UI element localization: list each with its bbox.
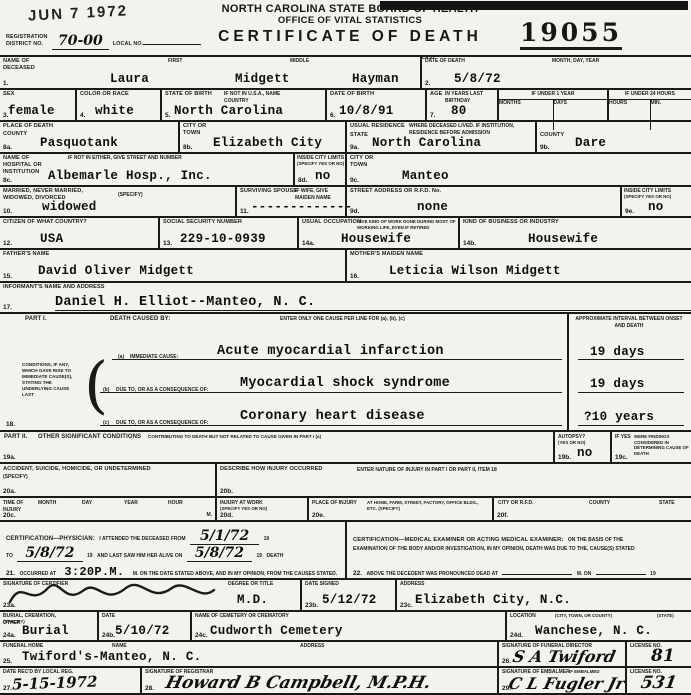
citizen-num: 12. xyxy=(3,240,12,247)
funeral-director-signature: S A Twiford xyxy=(511,647,617,666)
res-inside-city-num: 9e. xyxy=(625,208,634,215)
field-pod-inside-city: INSIDE CITY LIMITS (SPECIFY YES OR NO) 8… xyxy=(293,154,345,185)
pod-county-label: COUNTY xyxy=(3,131,27,138)
industry-num: 14b. xyxy=(463,240,476,247)
certifier-address-value: Elizabeth City, N.C. xyxy=(415,593,571,607)
field-mother: MOTHER'S MAIDEN NAME 16. Leticia Wilson … xyxy=(345,250,691,281)
line-a-interval: 19 days xyxy=(590,345,645,359)
date-received-value: 5-15-1972 xyxy=(12,673,98,694)
field-res-inside-city: INSIDE CITY LIMITS (SPECIFY YES OR NO) 9… xyxy=(620,187,691,216)
field-registrar-signature: SIGNATURE OF REGISTRAR 28. Howard B Camp… xyxy=(140,668,497,693)
location-num: 24d. xyxy=(510,632,523,639)
usual-residence-sub: WHERE DECEASED LIVED. IF INSTITUTION, RE… xyxy=(409,123,535,136)
date-of-birth-value: 10/8/91 xyxy=(339,104,394,118)
stamp-box-bar xyxy=(380,1,688,10)
state-of-birth-label: STATE OF BIRTH xyxy=(165,91,212,98)
res-city-num: 9c. xyxy=(350,177,359,184)
line-c-interval-rule: ?10 years xyxy=(578,407,684,426)
field-funeral-license: LICENSE NO. 81 xyxy=(625,642,691,666)
occupation-num: 14a. xyxy=(302,240,315,247)
industry-label: KIND OF BUSINESS OR INDUSTRY xyxy=(463,219,559,226)
funeral-home-value: Twiford's-Manteo, N. C. xyxy=(22,650,201,664)
part1-entry-note: ENTER ONLY ONE CAUSE PER LINE FOR (a), (… xyxy=(280,316,405,323)
me-line2: EXAMINATION OF THE BODY AND/OR INVESTIGA… xyxy=(353,546,683,553)
to-text: TO xyxy=(6,553,13,559)
cemetery-label: NAME OF CEMETERY OR CREMATORY xyxy=(195,613,289,620)
local-no-label: LOCAL NO. xyxy=(113,41,143,47)
ssn-value: 229-10-0939 xyxy=(180,232,266,246)
pod-inside-city-value: no xyxy=(315,169,331,183)
pod-city-value: Elizabeth City xyxy=(213,136,322,150)
occupation-sub: GIVE KIND OF WORK DONE DURING MOST OF WO… xyxy=(357,219,457,230)
row-disposition: BURIAL, CREMATION, OTHER (SPECIFY) 24a. … xyxy=(0,610,691,640)
attended-text: I ATTENDED THE DECEASED FROM xyxy=(99,536,185,542)
location-value: Wanchese, N. C. xyxy=(535,624,652,638)
field-spouse: SURVIVING SPOUSE IF WIFE, GIVE MAIDEN NA… xyxy=(235,187,345,216)
part1-label: PART I. xyxy=(25,316,47,324)
last-alive-date: 5/8/72 xyxy=(187,545,252,562)
me-m: M. ON xyxy=(577,571,591,577)
year-label: YEAR xyxy=(124,500,138,507)
res-county-label: COUNTY xyxy=(540,132,564,139)
res-state-num: 9a. xyxy=(350,144,359,151)
part2-num: 19a. xyxy=(3,454,16,461)
time-of-injury-num: 20c. xyxy=(3,512,16,519)
field-date-signed: DATE SIGNED 23b. 5/12/72 xyxy=(300,580,395,610)
funeral-director-num: 26. xyxy=(502,658,511,665)
funeral-license-value: 81 xyxy=(651,646,675,666)
pod-city-num: 8b. xyxy=(183,144,192,151)
pod-inside-city-sub: (SPECIFY YES OR NO) xyxy=(297,161,344,167)
line-b-value: Myocardial shock syndrome xyxy=(240,376,450,391)
office-title: OFFICE OF VITAL STATISTICS xyxy=(170,15,530,26)
part2-note: CONTRIBUTING TO DEATH BUT NOT RELATED TO… xyxy=(148,434,321,440)
me-label: CERTIFICATION—MEDICAL EXAMINER OR ACTING… xyxy=(353,537,563,543)
name-middle-value: Midgett xyxy=(235,72,290,86)
sex-value: female xyxy=(8,104,55,118)
field-race: COLOR OR RACE 4. white xyxy=(75,90,160,120)
death-text: DEATH xyxy=(266,553,283,559)
part1-num: 18. xyxy=(6,421,15,428)
field-res-street: STREET ADDRESS OR R.F.D. No. 9d. none xyxy=(345,187,620,216)
age-value: 80 xyxy=(451,104,467,118)
place-of-death-label: PLACE OF DEATH xyxy=(3,123,53,130)
field-hospital: NAME OF HOSPITAL OR INSTITUTION IF NOT I… xyxy=(0,154,293,185)
field-injury-location: CITY OR R.F.D. COUNTY STATE 20f. xyxy=(492,498,691,520)
date-signed-label: DATE SIGNED xyxy=(305,581,339,588)
line-b-rule: Myocardial shock syndrome xyxy=(100,374,562,393)
res-street-num: 9d. xyxy=(350,208,359,215)
father-label: FATHER'S NAME xyxy=(3,251,49,258)
hospital-sub: IF NOT IN EITHER, GIVE STREET AND NUMBER xyxy=(68,155,218,162)
line-c-interval: ?10 years xyxy=(584,410,654,424)
attended-from-date: 5/1/72 xyxy=(190,528,259,545)
field-occupation: USUAL OCCUPATION GIVE KIND OF WORK DONE … xyxy=(297,218,458,248)
attended-to-date: 5/8/72 xyxy=(17,545,82,562)
cemetery-value: Cudworth Cemetery xyxy=(210,624,343,638)
field-pod-county: PLACE OF DEATH COUNTY 8a. Pasquotank xyxy=(0,122,178,152)
field-place-of-injury: PLACE OF INJURY AT HOME, FARM, STREET, F… xyxy=(307,498,492,520)
field-part2: PART II. OTHER SIGNIFICANT CONDITIONS CO… xyxy=(0,432,553,462)
marital-num: 10. xyxy=(3,208,12,215)
describe-num: 20b. xyxy=(220,488,233,495)
accident-sub: (SPECIFY) xyxy=(3,474,28,481)
citizen-label: CITIZEN OF WHAT COUNTRY? xyxy=(3,219,87,226)
field-degree-title: DEGREE OR TITLE M.D. xyxy=(225,580,300,610)
row-injury-time: TIME OF INJURY MONTH DAY YEAR HOUR M. 20… xyxy=(0,496,691,520)
injury-at-work-sub: (SPECIFY YES OR NO) xyxy=(220,506,267,512)
field-if-under-24-hours: IF UNDER 24 HOURS HOURS MIN. xyxy=(607,90,691,120)
field-injury-at-work: INJURY AT WORK (SPECIFY YES OR NO) 20d. xyxy=(215,498,307,520)
injury-city-label: CITY OR R.F.D. xyxy=(498,500,533,507)
father-num: 15. xyxy=(3,273,12,280)
received-date-stamp: JUN 7 1972 xyxy=(28,2,129,24)
accident-num: 20a. xyxy=(3,488,16,495)
interval-label: APPROXIMATE INTERVAL BETWEEN ONSET AND D… xyxy=(575,316,683,329)
res-inside-city-value: no xyxy=(648,200,664,214)
physician-line2: TO 5/8/72 19 AND LAST SAW HIM HER ALIVE … xyxy=(6,544,342,562)
usual-residence-label: USUAL RESIDENCE xyxy=(350,123,405,130)
certifier-address-num: 23c. xyxy=(400,602,413,609)
location-sub: (CITY, TOWN, OR COUNTY) xyxy=(555,613,612,619)
name-last-value: Hayman xyxy=(352,72,399,86)
row-sex-race-birth: SEX 3. female COLOR OR RACE 4. white STA… xyxy=(0,88,691,120)
date-signed-num: 23b. xyxy=(305,602,318,609)
yr2: 19 xyxy=(87,553,93,559)
field-informant: INFORMANT'S NAME AND ADDRESS 17. Daniel … xyxy=(0,283,691,312)
degree-value: M.D. xyxy=(237,593,268,607)
res-state-label: STATE xyxy=(350,132,368,139)
part2-title: OTHER SIGNIFICANT CONDITIONS xyxy=(38,434,141,442)
field-disposition-location: LOCATION (CITY, TOWN, OR COUNTY) (STATE)… xyxy=(505,612,691,640)
field-res-county: COUNTY 9b. Dare xyxy=(535,122,691,152)
name-label: NAME OF DECEASED xyxy=(0,57,43,72)
res-inside-city-sub: (SPECIFY YES OR NO) xyxy=(624,194,671,200)
row-accident: ACCIDENT, SUICIDE, HOMICIDE, OR UNDETERM… xyxy=(0,462,691,496)
location-label: LOCATION xyxy=(510,613,536,620)
field-marital: MARRIED, NEVER MARRIED, WIDOWED, DIVORCE… xyxy=(0,187,235,216)
row-funeral-home: FUNERAL HOME NAME ADDRESS 25. Twiford's-… xyxy=(0,640,691,666)
hospital-num: 8c. xyxy=(3,177,12,184)
row-place-of-death: PLACE OF DEATH COUNTY 8a. Pasquotank CIT… xyxy=(0,120,691,152)
res-county-num: 9b. xyxy=(540,144,549,151)
row-marital: MARRIED, NEVER MARRIED, WIDOWED, DIVORCE… xyxy=(0,185,691,216)
injury-at-work-num: 20d. xyxy=(220,512,233,519)
row-informant: INFORMANT'S NAME AND ADDRESS 17. Daniel … xyxy=(0,281,691,312)
part2-label: PART II. xyxy=(4,434,27,442)
age-num: 7. xyxy=(430,112,435,119)
field-res-state: USUAL RESIDENCE WHERE DECEASED LIVED. IF… xyxy=(345,122,535,152)
date-of-death-num: 2. xyxy=(425,80,430,87)
death-certificate-scan: JUN 7 1972 REGISTRATION DISTRICT NO.70-0… xyxy=(0,0,691,695)
spouse-value: ------------- xyxy=(251,200,352,214)
part1-block: PART I. DEATH CAUSED BY: ENTER ONLY ONE … xyxy=(0,314,691,430)
field-cemetery: NAME OF CEMETERY OR CREMATORY 24c. Cudwo… xyxy=(190,612,505,640)
field-ssn: SOCIAL SECURITY NUMBER 13. 229-10-0939 xyxy=(158,218,297,248)
row-part2: PART II. OTHER SIGNIFICANT CONDITIONS CO… xyxy=(0,430,691,462)
field-disposition-date: DATE 24b. 5/10/72 xyxy=(97,612,190,640)
disposition-date-label: DATE xyxy=(102,613,115,620)
certificate-header: JUN 7 1972 REGISTRATION DISTRICT NO.70-0… xyxy=(0,0,691,55)
field-citizen: CITIZEN OF WHAT COUNTRY? 12. USA xyxy=(0,218,158,248)
mother-label: MOTHER'S MAIDEN NAME xyxy=(350,251,423,258)
hour-label: HOUR xyxy=(168,500,183,507)
funeral-home-label: FUNERAL HOME xyxy=(3,643,43,650)
father-value: David Oliver Midgett xyxy=(38,264,194,278)
embalmer-license-value: 531 xyxy=(639,673,678,693)
accident-label: ACCIDENT, SUICIDE, HOMICIDE, OR UNDETERM… xyxy=(3,466,203,473)
field-age: AGE IN YEARS LAST BIRTHDAY 7. 80 xyxy=(425,90,497,120)
field-certifier-signature: SIGNATURE OF CERTIFIER 23a. xyxy=(0,580,225,610)
me-blank1 xyxy=(502,567,572,575)
me-text3: ABOVE THE DECEDENT WAS PRONOUNCED DEAD A… xyxy=(367,571,498,577)
date-of-birth-num: 6. xyxy=(330,112,335,119)
citizen-value: USA xyxy=(40,232,63,246)
under-1-year-label: IF UNDER 1 YEAR xyxy=(499,90,607,100)
field-pod-city: CITY OR TOWN 8b. Elizabeth City xyxy=(178,122,345,152)
funeral-home-num: 25. xyxy=(3,658,12,665)
findings-label: IF YES xyxy=(615,434,631,441)
name-num: 1. xyxy=(3,80,8,87)
row-parents: FATHER'S NAME 15. David Oliver Midgett M… xyxy=(0,248,691,281)
state-of-birth-num: 5. xyxy=(165,112,170,119)
row-hospital: NAME OF HOSPITAL OR INSTITUTION IF NOT I… xyxy=(0,152,691,185)
date-of-birth-label: DATE OF BIRTH xyxy=(330,91,374,98)
yr1: 19 xyxy=(264,536,270,542)
day-label: DAY xyxy=(82,500,92,507)
row-certification: CERTIFICATION—PHYSICIAN: I ATTENDED THE … xyxy=(0,520,691,578)
autopsy-value: no xyxy=(577,446,593,460)
date-of-death-sub: MONTH, DAY, YEAR xyxy=(552,58,599,65)
marital-sub: (SPECIFY) xyxy=(118,192,143,199)
pod-county-num: 8a. xyxy=(3,144,12,151)
date-of-death-value: 5/8/72 xyxy=(454,72,501,86)
name-first-value: Laura xyxy=(110,72,149,86)
age-sub: IN YEARS LAST BIRTHDAY xyxy=(445,91,493,104)
yr3: 19 xyxy=(256,553,262,559)
part1-title: DEATH CAUSED BY: xyxy=(110,316,170,324)
informant-num: 17. xyxy=(3,304,12,311)
res-city-value: Manteo xyxy=(402,169,449,183)
row-name: NAME OF DECEASED FIRST MIDDLE 1. Laura M… xyxy=(0,55,691,88)
line-b-interval-rule: 19 days xyxy=(578,374,684,393)
state-of-birth-value: North Carolina xyxy=(174,104,283,118)
embalmer-signature: C L Fugler Jr xyxy=(507,674,627,693)
alive-text: AND LAST SAW HIM HER ALIVE ON xyxy=(97,553,182,559)
interval-divider xyxy=(567,314,569,430)
occupation-label: USUAL OCCUPATION xyxy=(302,219,361,226)
conditions-note: CONDITIONS, IF ANY, WHICH GAVE RISE TO I… xyxy=(22,362,80,398)
res-state-value: North Carolina xyxy=(372,136,481,150)
spouse-label: SURVIVING SPOUSE xyxy=(240,188,297,195)
field-sex: SEX 3. female xyxy=(0,90,75,120)
describe-label: DESCRIBE HOW INJURY OCCURRED xyxy=(220,466,323,473)
registration-district-value: 70-00 xyxy=(52,33,109,50)
certifier-signature xyxy=(4,574,219,610)
physician-line1: CERTIFICATION—PHYSICIAN: I ATTENDED THE … xyxy=(6,527,342,545)
findings-sub: WERE FINDINGS CONSIDERED IN DETERMINING … xyxy=(634,434,690,457)
registrar-signature-num: 28. xyxy=(145,685,154,692)
state-of-birth-sub: IF NOT IN U.S.A., NAME COUNTRY xyxy=(224,91,304,104)
me-yr: 19 xyxy=(650,571,656,577)
age-label: AGE xyxy=(430,91,442,98)
funeral-name-label: NAME xyxy=(112,643,127,650)
field-date-of-birth: DATE OF BIRTH 6. 10/8/91 xyxy=(325,90,425,120)
pod-inside-city-num: 8d. xyxy=(298,177,307,184)
marital-value: widowed xyxy=(42,200,97,214)
field-certification-medical-examiner: CERTIFICATION—MEDICAL EXAMINER OR ACTING… xyxy=(345,522,691,578)
under-24-hours-label: IF UNDER 24 HOURS xyxy=(609,90,691,100)
injury-m-label: M. xyxy=(206,512,212,519)
cemetery-num: 24c. xyxy=(195,632,208,639)
ssn-label: SOCIAL SECURITY NUMBER xyxy=(163,219,242,226)
field-autopsy: AUTOPSY? (YES OR NO) 19b. no xyxy=(553,432,610,462)
mother-value: Leticia Wilson Midgett xyxy=(389,264,561,278)
res-street-value: none xyxy=(417,200,448,214)
pod-county-value: Pasquotank xyxy=(40,136,118,150)
certifier-address-label: ADDRESS xyxy=(400,581,424,588)
field-if-under-1-year: IF UNDER 1 YEAR MONTHS DAYS xyxy=(497,90,607,120)
place-of-injury-num: 20e. xyxy=(312,512,325,519)
pod-city-label: CITY OR TOWN xyxy=(183,123,213,137)
disposition-type-num: 24a. xyxy=(3,632,16,639)
line-b-interval: 19 days xyxy=(590,377,645,391)
degree-label: DEGREE OR TITLE xyxy=(228,581,273,588)
location-state-label: (STATE) xyxy=(657,613,674,619)
res-county-value: Dare xyxy=(575,136,606,150)
hospital-label: NAME OF HOSPITAL OR INSTITUTION xyxy=(3,155,48,176)
date-received-num: 27. xyxy=(3,685,12,692)
informant-label: INFORMANT'S NAME AND ADDRESS xyxy=(3,284,105,291)
findings-num: 19c. xyxy=(615,454,628,461)
disposition-date-value: 5/10/72 xyxy=(115,624,170,638)
row-citizen-ssn: CITIZEN OF WHAT COUNTRY? 12. USA SOCIAL … xyxy=(0,216,691,248)
field-industry: KIND OF BUSINESS OR INDUSTRY 14b. Housew… xyxy=(458,218,691,248)
physician-label: CERTIFICATION—PHYSICIAN: xyxy=(6,536,95,542)
date-signed-value: 5/12/72 xyxy=(322,593,377,607)
place-of-injury-label: PLACE OF INJURY xyxy=(312,500,357,507)
field-date-of-death: DATE OF DEATH MONTH, DAY, YEAR LAST 2. 5… xyxy=(420,57,691,88)
field-accident: ACCIDENT, SUICIDE, HOMICIDE, OR UNDETERM… xyxy=(0,464,215,496)
field-embalmer-license: LICENSE NO. 531 xyxy=(625,668,691,693)
field-name-of-deceased: NAME OF DECEASED FIRST MIDDLE 1. Laura M… xyxy=(0,57,420,88)
field-certifier-address: ADDRESS 23c. Elizabeth City, N.C. xyxy=(395,580,691,610)
describe-sub: ENTER NATURE OF INJURY IN PART I OR PART… xyxy=(357,467,497,474)
autopsy-sub: (YES OR NO) xyxy=(558,440,585,446)
mother-num: 16. xyxy=(350,273,359,280)
race-label: COLOR OR RACE xyxy=(80,91,129,98)
race-value: white xyxy=(95,104,134,118)
certificate-title: CERTIFICATE OF DEATH xyxy=(170,28,530,46)
month-label: MONTH xyxy=(38,500,56,507)
res-city-label: CITY OR TOWN xyxy=(350,155,380,169)
field-funeral-director-signature: SIGNATURE OF FUNERAL DIRECTOR 26. S A Tw… xyxy=(497,642,625,666)
industry-value: Housewife xyxy=(528,232,598,246)
line-a-rule: Acute myocardial infarction xyxy=(112,342,562,360)
funeral-address-label: ADDRESS xyxy=(300,643,324,650)
line-a-value: Acute myocardial infarction xyxy=(217,344,444,359)
line-c-rule: Coronary heart disease xyxy=(100,407,562,426)
injury-county-label: COUNTY xyxy=(589,500,610,507)
race-num: 4. xyxy=(80,112,85,119)
disposition-date-num: 24b. xyxy=(102,632,115,639)
res-street-label: STREET ADDRESS OR R.F.D. No. xyxy=(350,188,441,195)
line-a-interval-rule: 19 days xyxy=(578,342,684,360)
field-father: FATHER'S NAME 15. David Oliver Midgett xyxy=(0,250,345,281)
field-funeral-home: FUNERAL HOME NAME ADDRESS 25. Twiford's-… xyxy=(0,642,497,666)
spouse-num: 11. xyxy=(240,208,249,215)
first-label: FIRST xyxy=(168,58,182,65)
ssn-num: 13. xyxy=(163,240,172,247)
injury-state-label: STATE xyxy=(659,500,675,507)
last-label: LAST xyxy=(422,55,435,62)
middle-label: MIDDLE xyxy=(290,58,309,65)
line-c-value: Coronary heart disease xyxy=(240,409,425,424)
me-num: 22. xyxy=(353,570,362,577)
occupation-value: Housewife xyxy=(341,232,411,246)
me-blank2 xyxy=(596,567,646,575)
field-state-of-birth: STATE OF BIRTH IF NOT IN U.S.A., NAME CO… xyxy=(160,90,325,120)
field-date-received: DATE REC'D BY LOCAL REG. 27. 5-15-1972 xyxy=(0,668,140,693)
field-disposition-type: BURIAL, CREMATION, OTHER (SPECIFY) 24a. … xyxy=(0,612,97,640)
me-line1: CERTIFICATION—MEDICAL EXAMINER OR ACTING… xyxy=(353,528,683,546)
informant-value: Daniel H. Elliot--Manteo, N. C. xyxy=(55,295,691,311)
field-time-of-injury: TIME OF INJURY MONTH DAY YEAR HOUR M. 20… xyxy=(0,498,215,520)
sex-label: SEX xyxy=(3,91,15,98)
certificate-number: 19055 xyxy=(520,18,622,50)
registration-district-label: REGISTRATION DISTRICT NO. xyxy=(6,34,52,48)
hospital-value: Albemarle Hosp., Inc. xyxy=(48,169,212,183)
field-embalmer-signature: SIGNATURE OF EMBALMER IF EMBALMED 29. C … xyxy=(497,668,625,693)
autopsy-num: 19b. xyxy=(558,454,571,461)
row-certifier-signature: SIGNATURE OF CERTIFIER 23a. DEGREE OR TI… xyxy=(0,578,691,610)
field-certification-physician: CERTIFICATION—PHYSICIAN: I ATTENDED THE … xyxy=(0,522,345,578)
section-cause-of-death: PART I. DEATH CAUSED BY: ENTER ONLY ONE … xyxy=(0,312,691,430)
row-registrar: DATE REC'D BY LOCAL REG. 27. 5-15-1972 S… xyxy=(0,666,691,695)
injury-location-num: 20f. xyxy=(497,512,508,519)
disposition-type-value: Burial xyxy=(22,624,69,638)
registrar-signature: Howard B Campbell, M.P.H. xyxy=(164,673,434,693)
me-text1: ON THE BASIS OF THE xyxy=(568,537,623,543)
field-res-city: CITY OR TOWN 9c. Manteo xyxy=(345,154,691,185)
field-describe-injury: DESCRIBE HOW INJURY OCCURRED ENTER NATUR… xyxy=(215,464,691,496)
field-autopsy-findings: IF YES WERE FINDINGS CONSIDERED IN DETER… xyxy=(610,432,691,462)
place-of-injury-sub: AT HOME, FARM, STREET, FACTORY, OFFICE B… xyxy=(367,500,487,511)
